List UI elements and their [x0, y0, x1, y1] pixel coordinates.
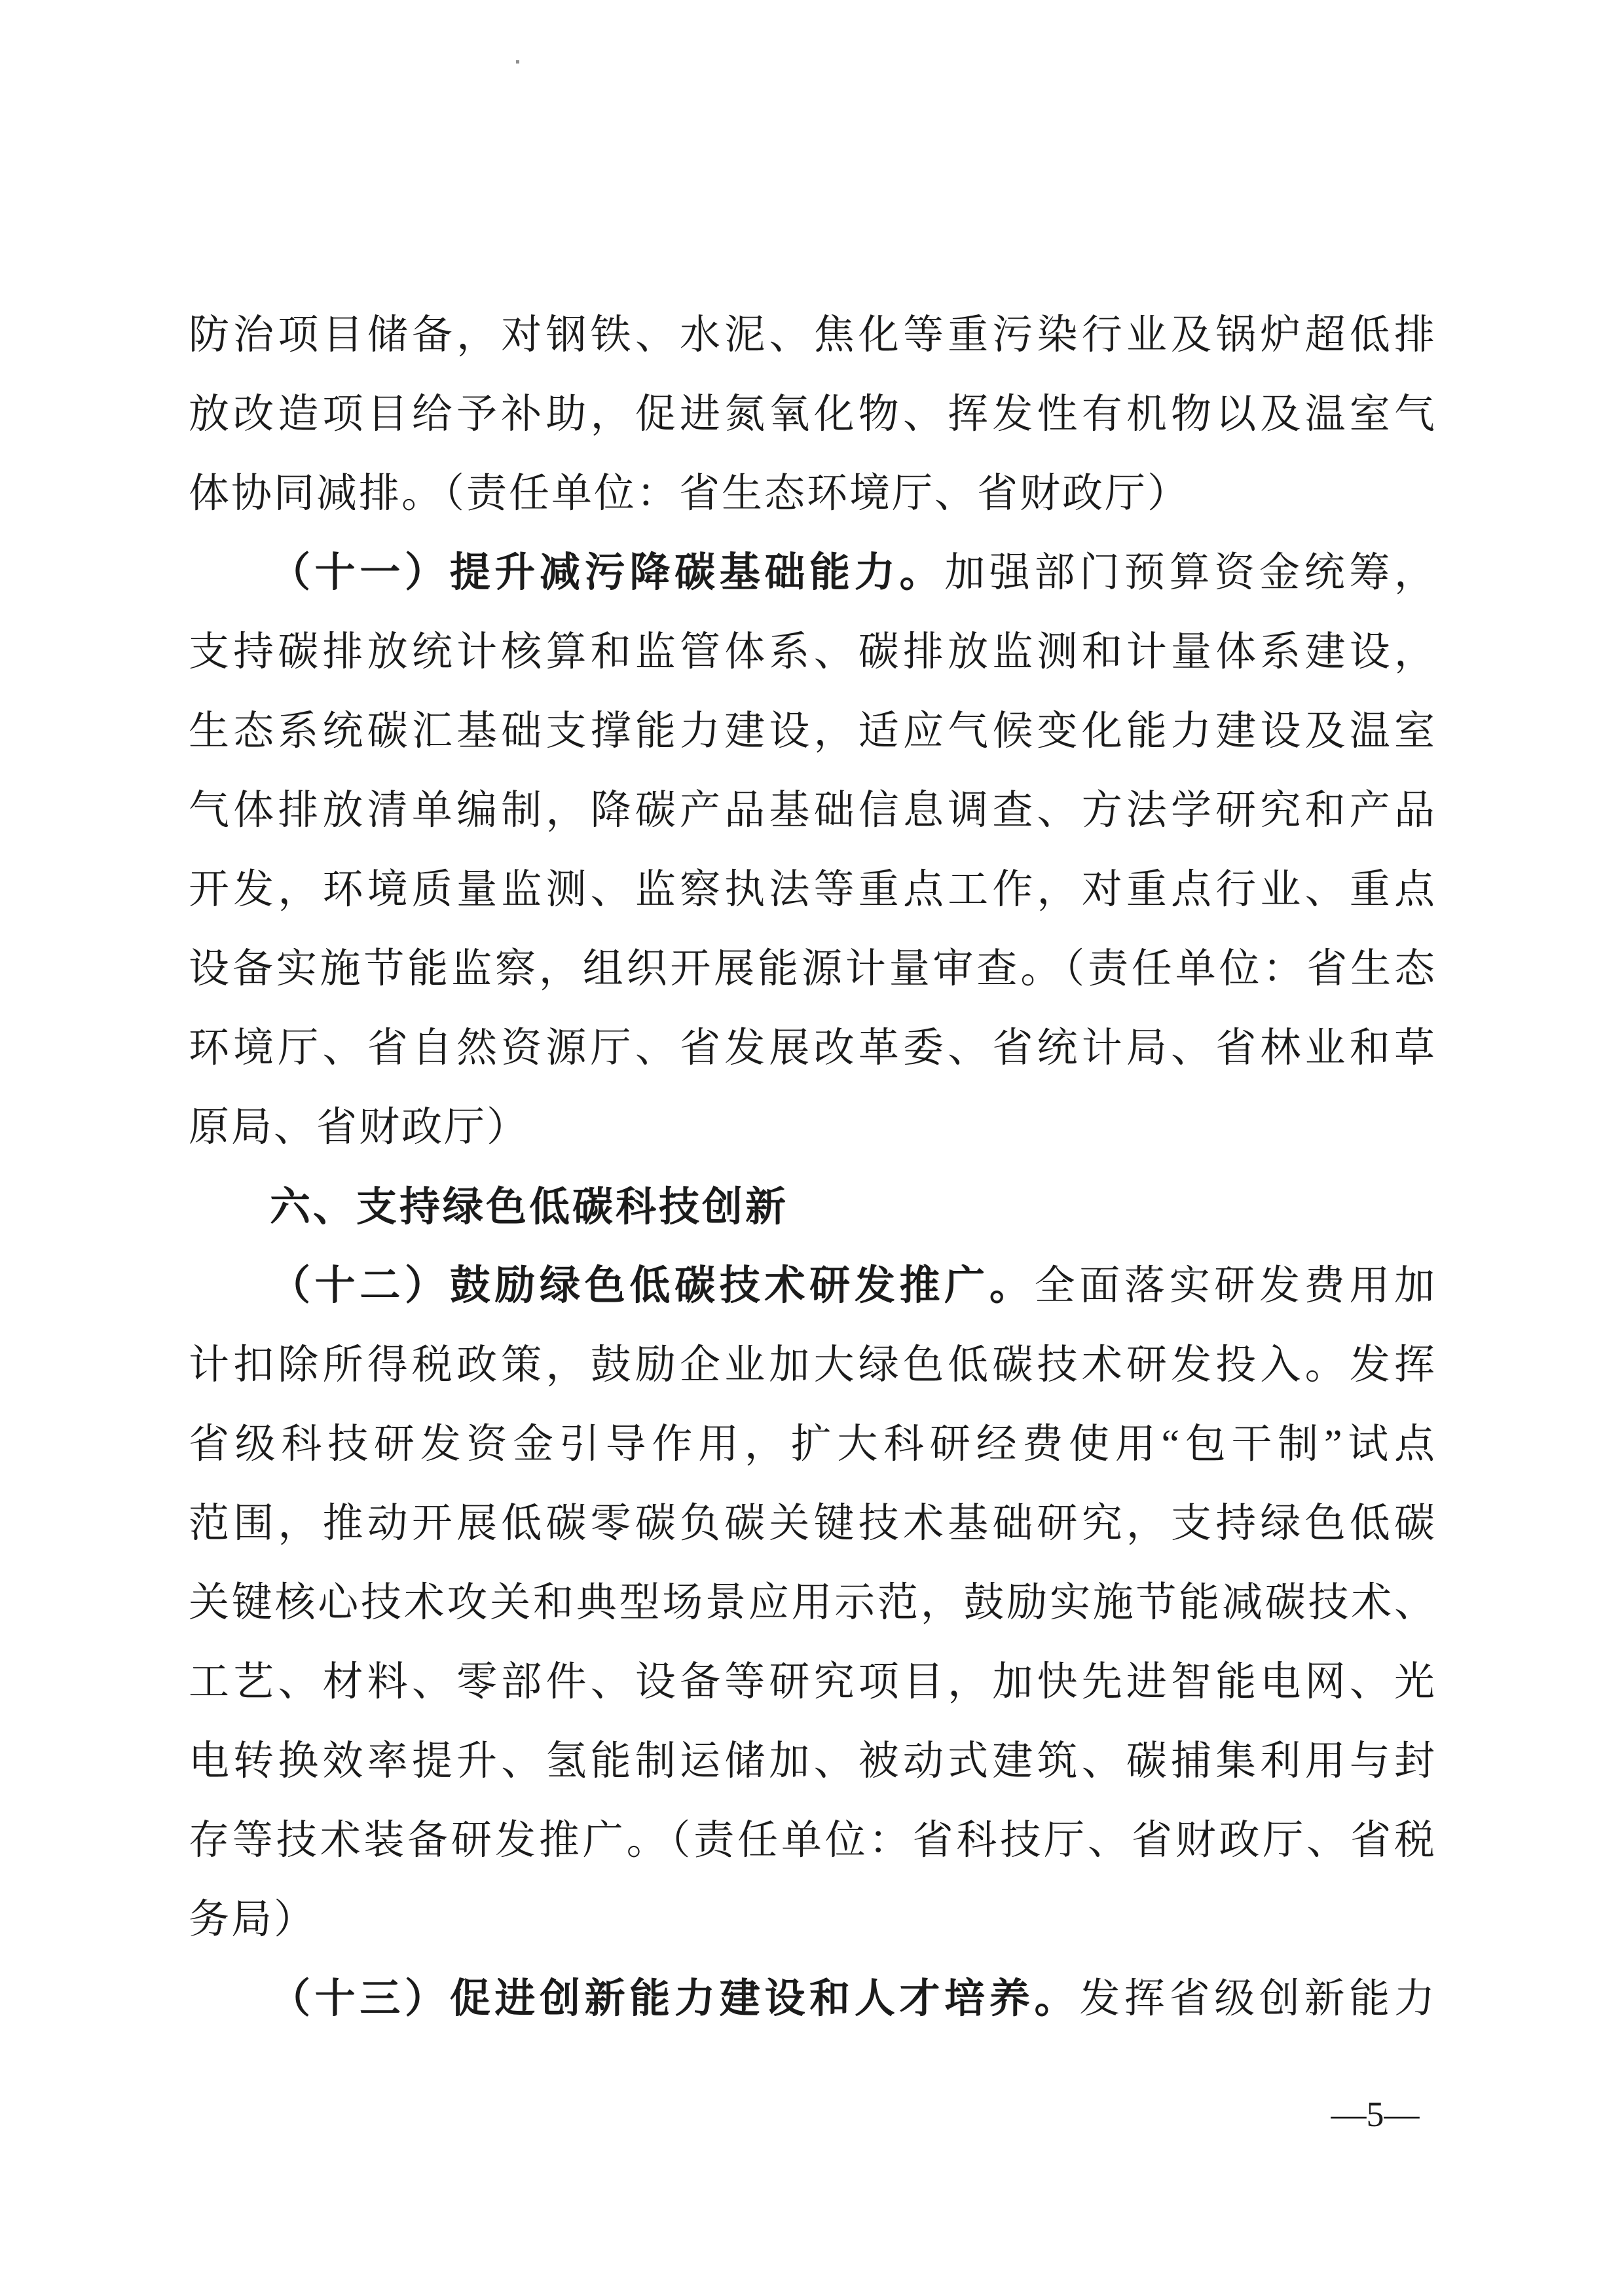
line-text: 开发，环境质量监测、监察执法等重点工作，对重点行业、重点	[189, 868, 1435, 912]
text-line: 电转换效率提升、氢能制运储加、被动式建筑、碳捕集利用与封	[189, 1722, 1435, 1801]
line-text: 防治项目储备，对钢铁、水泥、焦化等重污染行业及锅炉超低排	[189, 313, 1435, 358]
line-text: 气体排放清单编制，降碳产品基础信息调查、方法学研究和产品	[189, 788, 1435, 833]
text-line: （十二）鼓励绿色低碳技术研发推广。全面落实研发费用加	[189, 1247, 1435, 1326]
line-text: 全面落实研发费用加	[1035, 1264, 1435, 1308]
line-text: 工艺、材料、零部件、设备等研究项目，加快先进智能电网、光	[189, 1660, 1435, 1704]
page-number: —5—	[1303, 2094, 1447, 2135]
text-line: 工艺、材料、零部件、设备等研究项目，加快先进智能电网、光	[189, 1643, 1435, 1722]
text-line: 环境厅、省自然资源厅、省发展改革委、省统计局、省林业和草	[189, 1009, 1435, 1088]
line-text: 务局）	[189, 1898, 316, 1942]
scan-artifact-dot	[516, 60, 519, 64]
text-line: 设备实施节能监察，组织开展能源计量审查。（责任单位：省生态	[189, 930, 1435, 1009]
line-text: 电转换效率提升、氢能制运储加、被动式建筑、碳捕集利用与封	[189, 1739, 1435, 1784]
text-line: 范围，推动开展低碳零碳负碳关键技术基础研究，支持绿色低碳	[189, 1484, 1435, 1564]
text-line: （十三）促进创新能力建设和人才培养。发挥省级创新能力	[189, 1960, 1435, 2039]
item-12-title: （十二）鼓励绿色低碳技术研发推广。	[270, 1264, 1035, 1308]
text-line: 生态系统碳汇基础支撑能力建设，适应气候变化能力建设及温室	[189, 692, 1435, 771]
document-page: 防治项目储备，对钢铁、水泥、焦化等重污染行业及锅炉超低排 放改造项目给予补助，促…	[0, 0, 1624, 2295]
line-text: 环境厅、省自然资源厅、省发展改革委、省统计局、省林业和草	[189, 1026, 1435, 1071]
line-text: 计扣除所得税政策，鼓励企业加大绿色低碳技术研发投入。发挥	[189, 1343, 1435, 1387]
text-block: 防治项目储备，对钢铁、水泥、焦化等重污染行业及锅炉超低排 放改造项目给予补助，促…	[189, 296, 1435, 2039]
section-heading: 六、支持绿色低碳科技创新	[189, 1167, 1435, 1247]
line-text: 支持碳排放统计核算和监管体系、碳排放监测和计量体系建设，	[189, 630, 1435, 674]
line-text: 发挥省级创新能力	[1079, 1977, 1435, 2021]
line-text: 生态系统碳汇基础支撑能力建设，适应气候变化能力建设及温室	[189, 709, 1435, 754]
text-line: 原局、省财政厅）	[189, 1088, 1435, 1167]
item-11-title: （十一）提升减污降碳基础能力。	[270, 551, 944, 595]
section-heading-text: 六、支持绿色低碳科技创新	[270, 1184, 788, 1230]
line-text: 范围，推动开展低碳零碳负碳关键技术基础研究，支持绿色低碳	[189, 1501, 1435, 1546]
text-line: 支持碳排放统计核算和监管体系、碳排放监测和计量体系建设，	[189, 613, 1435, 692]
line-text: 设备实施节能监察，组织开展能源计量审查。（责任单位：省生态	[189, 947, 1435, 991]
text-line: 防治项目储备，对钢铁、水泥、焦化等重污染行业及锅炉超低排	[189, 296, 1435, 375]
text-line: 省级科技研发资金引导作用，扩大科研经费使用“包干制”试点	[189, 1405, 1435, 1484]
text-line: 务局）	[189, 1881, 1435, 1960]
text-line: 体协同减排。（责任单位：省生态环境厅、省财政厅）	[189, 454, 1435, 534]
text-line: 计扣除所得税政策，鼓励企业加大绿色低碳技术研发投入。发挥	[189, 1326, 1435, 1405]
text-line: （十一）提升减污降碳基础能力。加强部门预算资金统筹，	[189, 534, 1435, 613]
text-line: 气体排放清单编制，降碳产品基础信息调查、方法学研究和产品	[189, 771, 1435, 851]
line-text: 关键核心技术攻关和典型场景应用示范，鼓励实施节能减碳技术、	[189, 1581, 1435, 1625]
text-line: 开发，环境质量监测、监察执法等重点工作，对重点行业、重点	[189, 851, 1435, 930]
line-text: 加强部门预算资金统筹，	[944, 551, 1435, 595]
text-line: 关键核心技术攻关和典型场景应用示范，鼓励实施节能减碳技术、	[189, 1564, 1435, 1643]
line-text: 放改造项目给予补助，促进氮氧化物、挥发性有机物以及温室气	[189, 392, 1435, 437]
item-13-title: （十三）促进创新能力建设和人才培养。	[270, 1977, 1079, 2021]
line-text: 存等技术装备研发推广。（责任单位：省科技厅、省财政厅、省税	[189, 1818, 1435, 1863]
text-line: 放改造项目给予补助，促进氮氧化物、挥发性有机物以及温室气	[189, 375, 1435, 454]
text-line: 存等技术装备研发推广。（责任单位：省科技厅、省财政厅、省税	[189, 1801, 1435, 1881]
line-text: 省级科技研发资金引导作用，扩大科研经费使用“包干制”试点	[189, 1422, 1435, 1467]
line-text: 体协同减排。（责任单位：省生态环境厅、省财政厅）	[189, 471, 1190, 516]
line-text: 原局、省财政厅）	[189, 1105, 529, 1150]
